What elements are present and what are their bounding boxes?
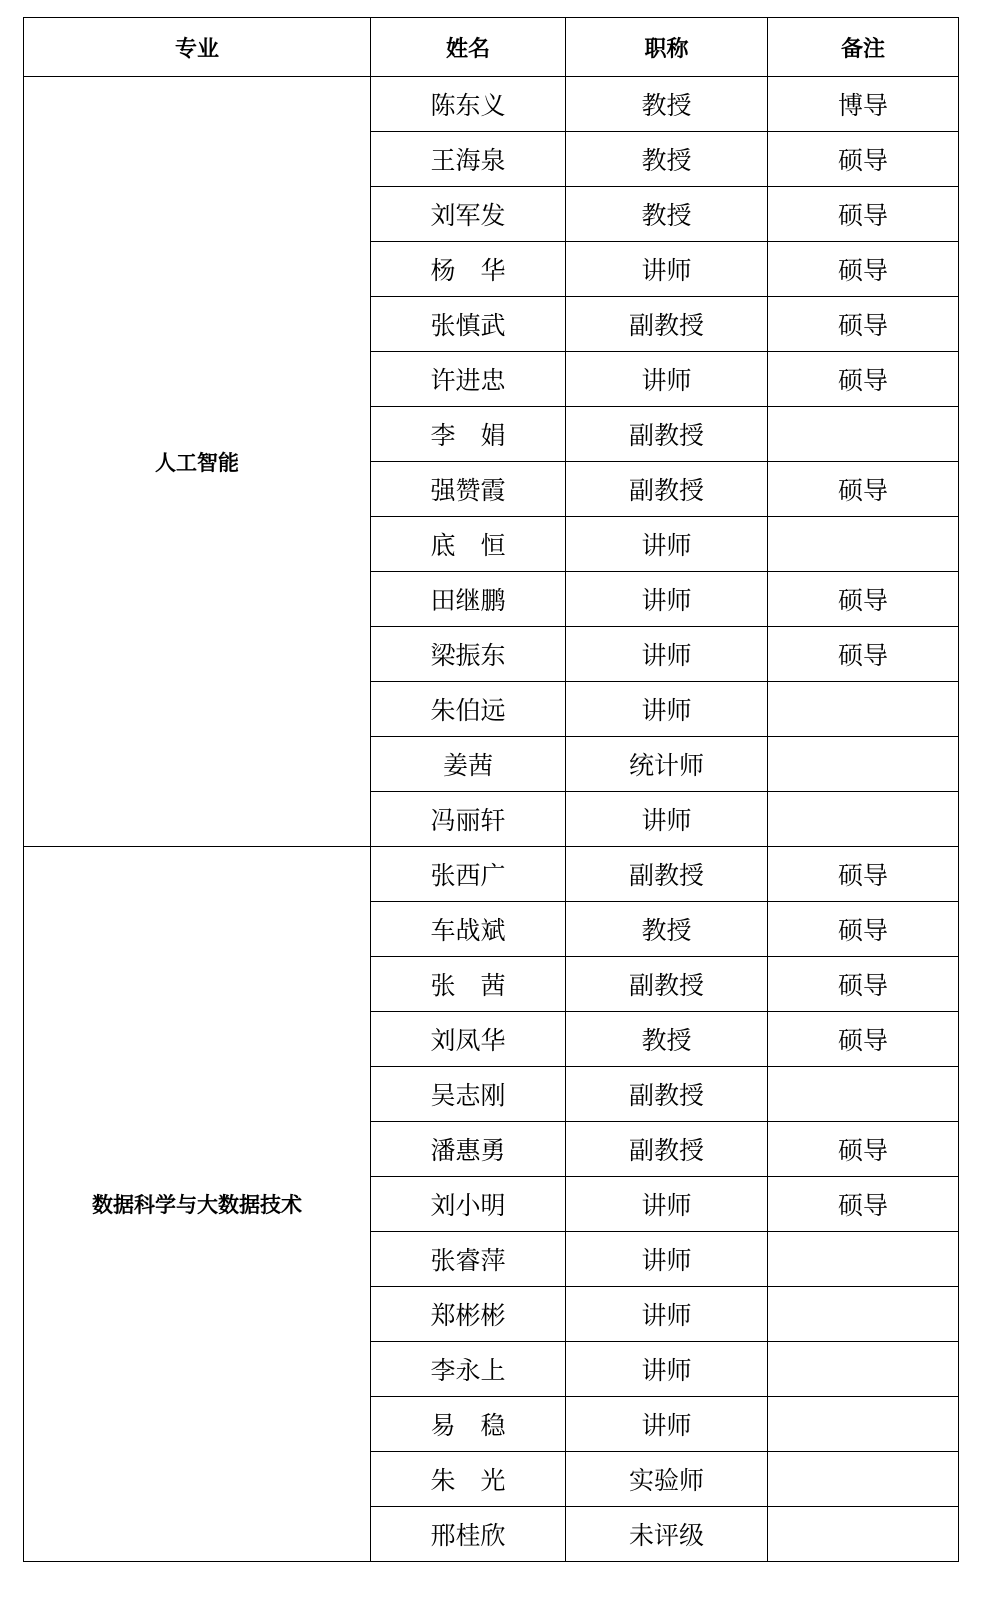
name-cell: 田继鹏 bbox=[371, 572, 566, 627]
note-cell bbox=[768, 1397, 959, 1452]
name-cell: 陈东义 bbox=[371, 77, 566, 132]
title-cell: 副教授 bbox=[566, 462, 768, 517]
title-cell: 副教授 bbox=[566, 1067, 768, 1122]
name-cell: 潘惠勇 bbox=[371, 1122, 566, 1177]
name-cell: 刘军发 bbox=[371, 187, 566, 242]
note-cell bbox=[768, 737, 959, 792]
name-cell: 强赞霞 bbox=[371, 462, 566, 517]
faculty-table: 专业 姓名 职称 备注 人工智能陈东义教授博导王海泉教授硕导刘军发教授硕导杨 华… bbox=[23, 17, 959, 1562]
name-cell: 张 茜 bbox=[371, 957, 566, 1012]
note-cell bbox=[768, 1342, 959, 1397]
name-cell: 张睿萍 bbox=[371, 1232, 566, 1287]
note-cell: 硕导 bbox=[768, 957, 959, 1012]
title-cell: 副教授 bbox=[566, 957, 768, 1012]
title-cell: 讲师 bbox=[566, 1232, 768, 1287]
title-cell: 副教授 bbox=[566, 407, 768, 462]
note-cell bbox=[768, 682, 959, 737]
title-cell: 讲师 bbox=[566, 1177, 768, 1232]
name-cell: 张慎武 bbox=[371, 297, 566, 352]
note-cell bbox=[768, 407, 959, 462]
name-cell: 杨 华 bbox=[371, 242, 566, 297]
note-cell: 硕导 bbox=[768, 572, 959, 627]
name-cell: 李永上 bbox=[371, 1342, 566, 1397]
name-cell: 刘凤华 bbox=[371, 1012, 566, 1067]
title-cell: 教授 bbox=[566, 187, 768, 242]
name-cell: 许进忠 bbox=[371, 352, 566, 407]
note-cell bbox=[768, 517, 959, 572]
title-cell: 讲师 bbox=[566, 1397, 768, 1452]
name-cell: 车战斌 bbox=[371, 902, 566, 957]
name-cell: 李 娟 bbox=[371, 407, 566, 462]
note-cell: 博导 bbox=[768, 77, 959, 132]
title-cell: 教授 bbox=[566, 77, 768, 132]
major-cell: 数据科学与大数据技术 bbox=[24, 847, 371, 1562]
note-cell bbox=[768, 1067, 959, 1122]
name-cell: 姜茜 bbox=[371, 737, 566, 792]
note-cell: 硕导 bbox=[768, 1012, 959, 1067]
note-cell bbox=[768, 1287, 959, 1342]
note-cell: 硕导 bbox=[768, 187, 959, 242]
title-cell: 实验师 bbox=[566, 1452, 768, 1507]
header-row: 专业 姓名 职称 备注 bbox=[24, 18, 959, 77]
note-cell bbox=[768, 1507, 959, 1562]
note-cell: 硕导 bbox=[768, 462, 959, 517]
title-cell: 未评级 bbox=[566, 1507, 768, 1562]
name-cell: 王海泉 bbox=[371, 132, 566, 187]
title-cell: 讲师 bbox=[566, 1342, 768, 1397]
title-cell: 讲师 bbox=[566, 792, 768, 847]
name-cell: 郑彬彬 bbox=[371, 1287, 566, 1342]
note-cell bbox=[768, 1452, 959, 1507]
major-cell: 人工智能 bbox=[24, 77, 371, 847]
note-cell: 硕导 bbox=[768, 902, 959, 957]
title-cell: 讲师 bbox=[566, 682, 768, 737]
note-cell bbox=[768, 792, 959, 847]
header-major: 专业 bbox=[24, 18, 371, 77]
title-cell: 教授 bbox=[566, 902, 768, 957]
title-cell: 讲师 bbox=[566, 352, 768, 407]
note-cell: 硕导 bbox=[768, 847, 959, 902]
title-cell: 讲师 bbox=[566, 1287, 768, 1342]
note-cell: 硕导 bbox=[768, 1122, 959, 1177]
note-cell bbox=[768, 1232, 959, 1287]
name-cell: 底 恒 bbox=[371, 517, 566, 572]
name-cell: 朱伯远 bbox=[371, 682, 566, 737]
name-cell: 吴志刚 bbox=[371, 1067, 566, 1122]
name-cell: 梁振东 bbox=[371, 627, 566, 682]
header-note: 备注 bbox=[768, 18, 959, 77]
header-name: 姓名 bbox=[371, 18, 566, 77]
title-cell: 讲师 bbox=[566, 242, 768, 297]
title-cell: 讲师 bbox=[566, 572, 768, 627]
note-cell: 硕导 bbox=[768, 132, 959, 187]
name-cell: 冯丽轩 bbox=[371, 792, 566, 847]
table-body: 人工智能陈东义教授博导王海泉教授硕导刘军发教授硕导杨 华讲师硕导张慎武副教授硕导… bbox=[24, 77, 959, 1562]
name-cell: 易 稳 bbox=[371, 1397, 566, 1452]
title-cell: 副教授 bbox=[566, 297, 768, 352]
note-cell: 硕导 bbox=[768, 242, 959, 297]
note-cell: 硕导 bbox=[768, 352, 959, 407]
note-cell: 硕导 bbox=[768, 297, 959, 352]
name-cell: 朱 光 bbox=[371, 1452, 566, 1507]
table-row: 数据科学与大数据技术张西广副教授硕导 bbox=[24, 847, 959, 902]
note-cell: 硕导 bbox=[768, 1177, 959, 1232]
title-cell: 教授 bbox=[566, 1012, 768, 1067]
name-cell: 刘小明 bbox=[371, 1177, 566, 1232]
title-cell: 讲师 bbox=[566, 517, 768, 572]
header-title: 职称 bbox=[566, 18, 768, 77]
title-cell: 统计师 bbox=[566, 737, 768, 792]
title-cell: 副教授 bbox=[566, 847, 768, 902]
table-row: 人工智能陈东义教授博导 bbox=[24, 77, 959, 132]
note-cell: 硕导 bbox=[768, 627, 959, 682]
name-cell: 邢桂欣 bbox=[371, 1507, 566, 1562]
title-cell: 教授 bbox=[566, 132, 768, 187]
title-cell: 讲师 bbox=[566, 627, 768, 682]
name-cell: 张西广 bbox=[371, 847, 566, 902]
title-cell: 副教授 bbox=[566, 1122, 768, 1177]
